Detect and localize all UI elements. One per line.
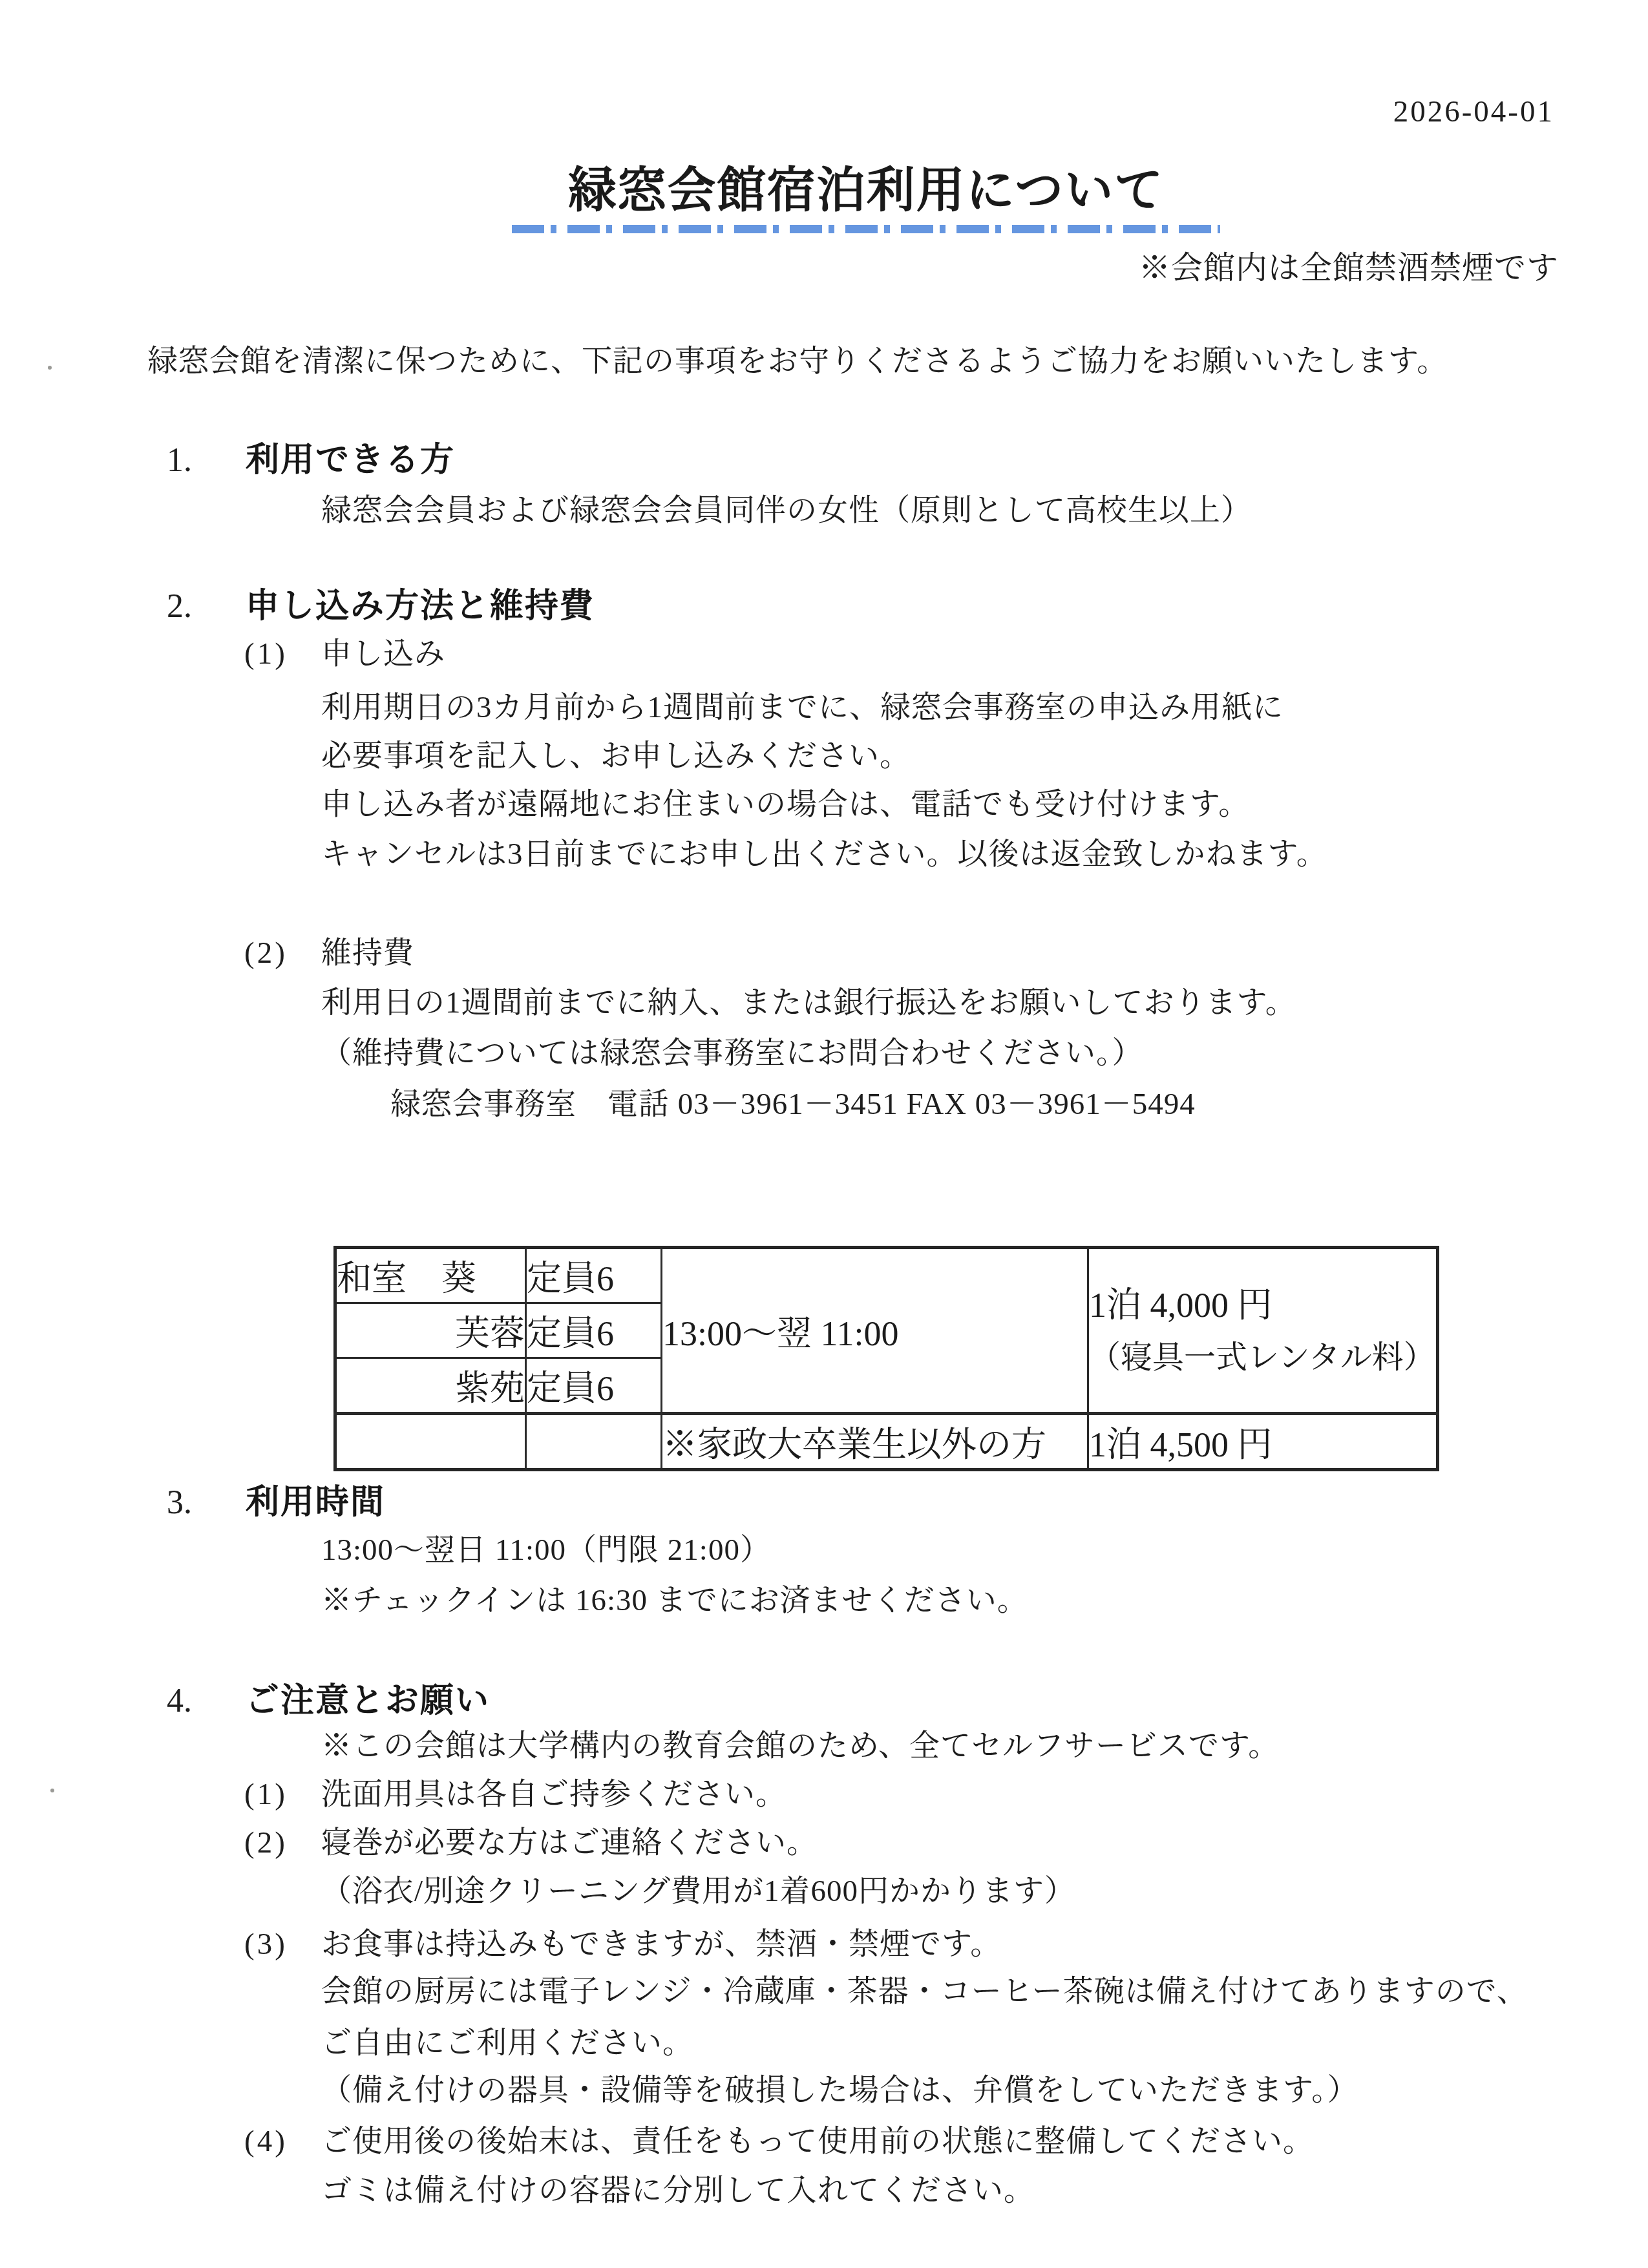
section-2-heading: 2.申し込み方法と維持費 [167, 587, 595, 626]
section-3-number: 3. [167, 1483, 246, 1522]
table-row-non-graduate: ※家政大卒業生以外の方 1泊 4,500 円 [335, 1414, 1438, 1470]
capacity-cell: 定員6 [526, 1248, 662, 1303]
room-name-cell: 和室 葵 [335, 1248, 526, 1303]
capacity-cell: 定員6 [526, 1303, 662, 1358]
non-graduate-label-cell: ※家政大卒業生以外の方 [662, 1414, 1088, 1470]
room-name-cell: 紫苑 [335, 1358, 526, 1414]
section-1-body-line: 緑窓会会員および緑窓会会員同伴の女性（原則として高校生以上） [321, 493, 1252, 529]
scanned-document-page: 2026-04-01 緑窓会館宿泊利用について ※会館内は全館禁酒禁煙です 緑窓… [0, 0, 1648, 2268]
damage-compensation-line: （備え付けの器具・設備等を破損した場合は、弁償をしていただきます。） [321, 2073, 1358, 2108]
empty-cell [526, 1414, 662, 1470]
section-1-heading: 1.利用できる方 [167, 441, 455, 480]
maintenance-fee-line-2: （維持費については緑窓会事務室にお問合わせください。） [321, 1036, 1143, 1071]
table-row-aoi: 和室 葵 定員6 13:00～翌 11:00 1泊 4,000 円 （寝具一式レ… [335, 1248, 1438, 1303]
application-line-3: 申し込み者が遠隔地にお住まいの場合は、電話でも受け付けます。 [321, 787, 1249, 823]
caution-item-4-text: ご使用後の後始末は、責任をもって使用前の状態に整備してください。 [321, 2125, 1314, 2158]
kitchen-equipment-line: 会館の厨房には電子レンジ・冷蔵庫・茶器・コーヒー茶碗は備え付けてありますので、 [321, 1974, 1528, 2010]
usage-hours-line: 13:00～翌日 11:00（門限 21:00） [321, 1533, 771, 1568]
section-2-title: 申し込み方法と維持費 [246, 587, 595, 625]
caution-item-1: (1)洗面用具は各自ご持参ください。 [244, 1777, 787, 1812]
rate-bedding-note: （寝具一式レンタル料） [1089, 1333, 1436, 1382]
section-3-title: 利用時間 [246, 1484, 385, 1521]
subsection-2-2-heading: (2)維持費 [244, 936, 414, 971]
caution-item-1-text: 洗面用具は各自ご持参ください。 [321, 1778, 787, 1811]
capacity-cell: 定員6 [526, 1358, 662, 1414]
free-use-line: ご自由にご利用ください。 [321, 2026, 693, 2061]
maintenance-fee-line-1: 利用日の1週間前までに納入、または銀行振込をお願いしております。 [321, 985, 1296, 1021]
office-contact-line: 緑窓会事務室 電話 03－3961－3451 FAX 03－3961－5494 [390, 1087, 1196, 1122]
no-smoking-note: ※会館内は全館禁酒禁煙です [1139, 249, 1559, 287]
caution-item-3: (3)お食事は持込みもできますが、禁酒・禁煙です。 [244, 1927, 1001, 1962]
caution-item-2: (2)寝巻が必要な方はご連絡ください。 [244, 1825, 818, 1861]
scan-speck [50, 1789, 54, 1792]
page-title: 緑窓会館宿泊利用について [0, 162, 1648, 219]
document-date: 2026-04-01 [1393, 94, 1554, 130]
title-underline-decoration [512, 225, 1220, 233]
checkin-note-line: ※チェックインは 16:30 までにお済ませください。 [321, 1583, 1028, 1619]
section-1-title: 利用できる方 [246, 441, 455, 479]
application-line-1: 利用期日の3カ月前から1週間前までに、緑窓会事務室の申込み用紙に [321, 690, 1284, 726]
caution-item-1-number: (1) [244, 1777, 321, 1812]
scan-speck [48, 366, 52, 370]
room-name-cell: 芙蓉 [335, 1303, 526, 1358]
self-service-note: ※この会館は大学構内の教育会館のため、全てセルフサービスです。 [321, 1728, 1279, 1764]
section-4-heading: 4.ご注意とお願い [167, 1681, 490, 1721]
caution-item-3-text: お食事は持込みもできますが、禁酒・禁煙です。 [321, 1927, 1001, 1961]
garbage-separation-line: ゴミは備え付けの容器に分別して入れてください。 [321, 2173, 1035, 2209]
subsection-2-2-title: 維持費 [321, 936, 414, 970]
time-range-cell: 13:00～翌 11:00 [662, 1248, 1088, 1414]
caution-item-2-text: 寝巻が必要な方はご連絡ください。 [321, 1826, 818, 1860]
caution-item-4: (4)ご使用後の後始末は、責任をもって使用前の状態に整備してください。 [244, 2124, 1314, 2159]
room-rate-table: 和室 葵 定員6 13:00～翌 11:00 1泊 4,000 円 （寝具一式レ… [333, 1246, 1439, 1471]
application-line-4: キャンセルは3日前までにお申し出ください。以後は返金致しかねます。 [321, 837, 1327, 872]
subsection-2-1-heading: (1)申し込み [244, 636, 445, 672]
caution-item-4-number: (4) [244, 2124, 321, 2159]
subsection-2-1-number: (1) [244, 636, 321, 672]
subsection-2-2-number: (2) [244, 936, 321, 971]
subsection-2-1-title: 申し込み [321, 637, 445, 671]
intro-paragraph: 緑窓会館を清潔に保つために、下記の事項をお守りくださるようご協力をお願いいたしま… [147, 344, 1448, 379]
section-4-number: 4. [167, 1681, 246, 1721]
caution-item-3-number: (3) [244, 1927, 321, 1962]
rate-amount: 1泊 4,000 円 [1089, 1279, 1436, 1333]
caution-item-2-number: (2) [244, 1825, 321, 1861]
yukata-cleaning-note: （浴衣/別途クリーニング費用が1着600円かかります） [321, 1874, 1075, 1909]
section-4-title: ご注意とお願い [246, 1682, 490, 1719]
empty-cell [335, 1414, 526, 1470]
non-graduate-rate-cell: 1泊 4,500 円 [1088, 1414, 1438, 1470]
application-line-2: 必要事項を記入し、お申し込みください。 [321, 739, 911, 774]
section-2-number: 2. [167, 587, 246, 626]
section-1-number: 1. [167, 441, 246, 480]
rate-cell: 1泊 4,000 円 （寝具一式レンタル料） [1088, 1248, 1438, 1414]
section-3-heading: 3.利用時間 [167, 1483, 385, 1522]
